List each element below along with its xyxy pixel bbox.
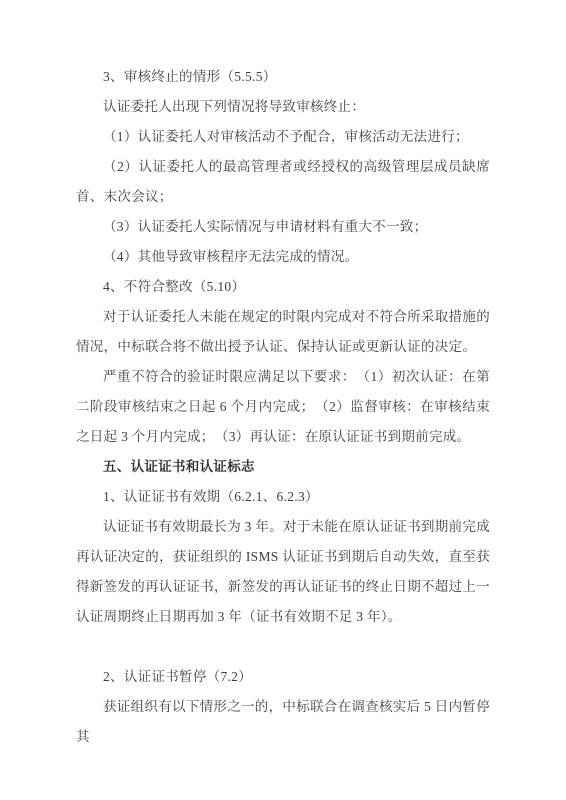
doc-paragraph: （2）认证委托人的最高管理者或经授权的高级管理层成员缺席首、末次会议； [76,152,490,212]
doc-paragraph: 4、不符合整改（5.10） [76,272,490,302]
doc-paragraph: 1、认证证书有效期（6.2.1、6.2.3） [76,482,490,512]
document-page: 3、审核终止的情形（5.5.5） 认证委托人出现下列情况将导致审核终止： （1）… [0,0,566,800]
doc-paragraph: （3）认证委托人实际情况与申请材料有重大不一致； [76,212,490,242]
doc-paragraph: 3、审核终止的情形（5.5.5） [76,62,490,92]
doc-paragraph: 认证委托人出现下列情况将导致审核终止： [76,92,490,122]
doc-paragraph: 对于认证委托人未能在规定的时限内完成对不符合所采取措施的情况，中标联合将不做出授… [76,302,490,362]
doc-paragraph: （4）其他导致审核程序无法完成的情况。 [76,242,490,272]
doc-paragraph: 2、认证证书暂停（7.2） [76,662,490,692]
doc-paragraph: 认证证书有效期最长为 3 年。对于未能在原认证证书到期前完成再认证决定的，获证组… [76,512,490,632]
blank-line [76,632,490,662]
doc-paragraph: 严重不符合的验证时限应满足以下要求： （1）初次认证：在第二阶段审核结束之日起 … [76,362,490,452]
section-heading: 五、认证证书和认证标志 [76,452,490,482]
doc-paragraph: 获证组织有以下情形之一的，中标联合在调查核实后 5 日内暂停其 [76,692,490,752]
doc-paragraph: （1）认证委托人对审核活动不予配合，审核活动无法进行； [76,122,490,152]
